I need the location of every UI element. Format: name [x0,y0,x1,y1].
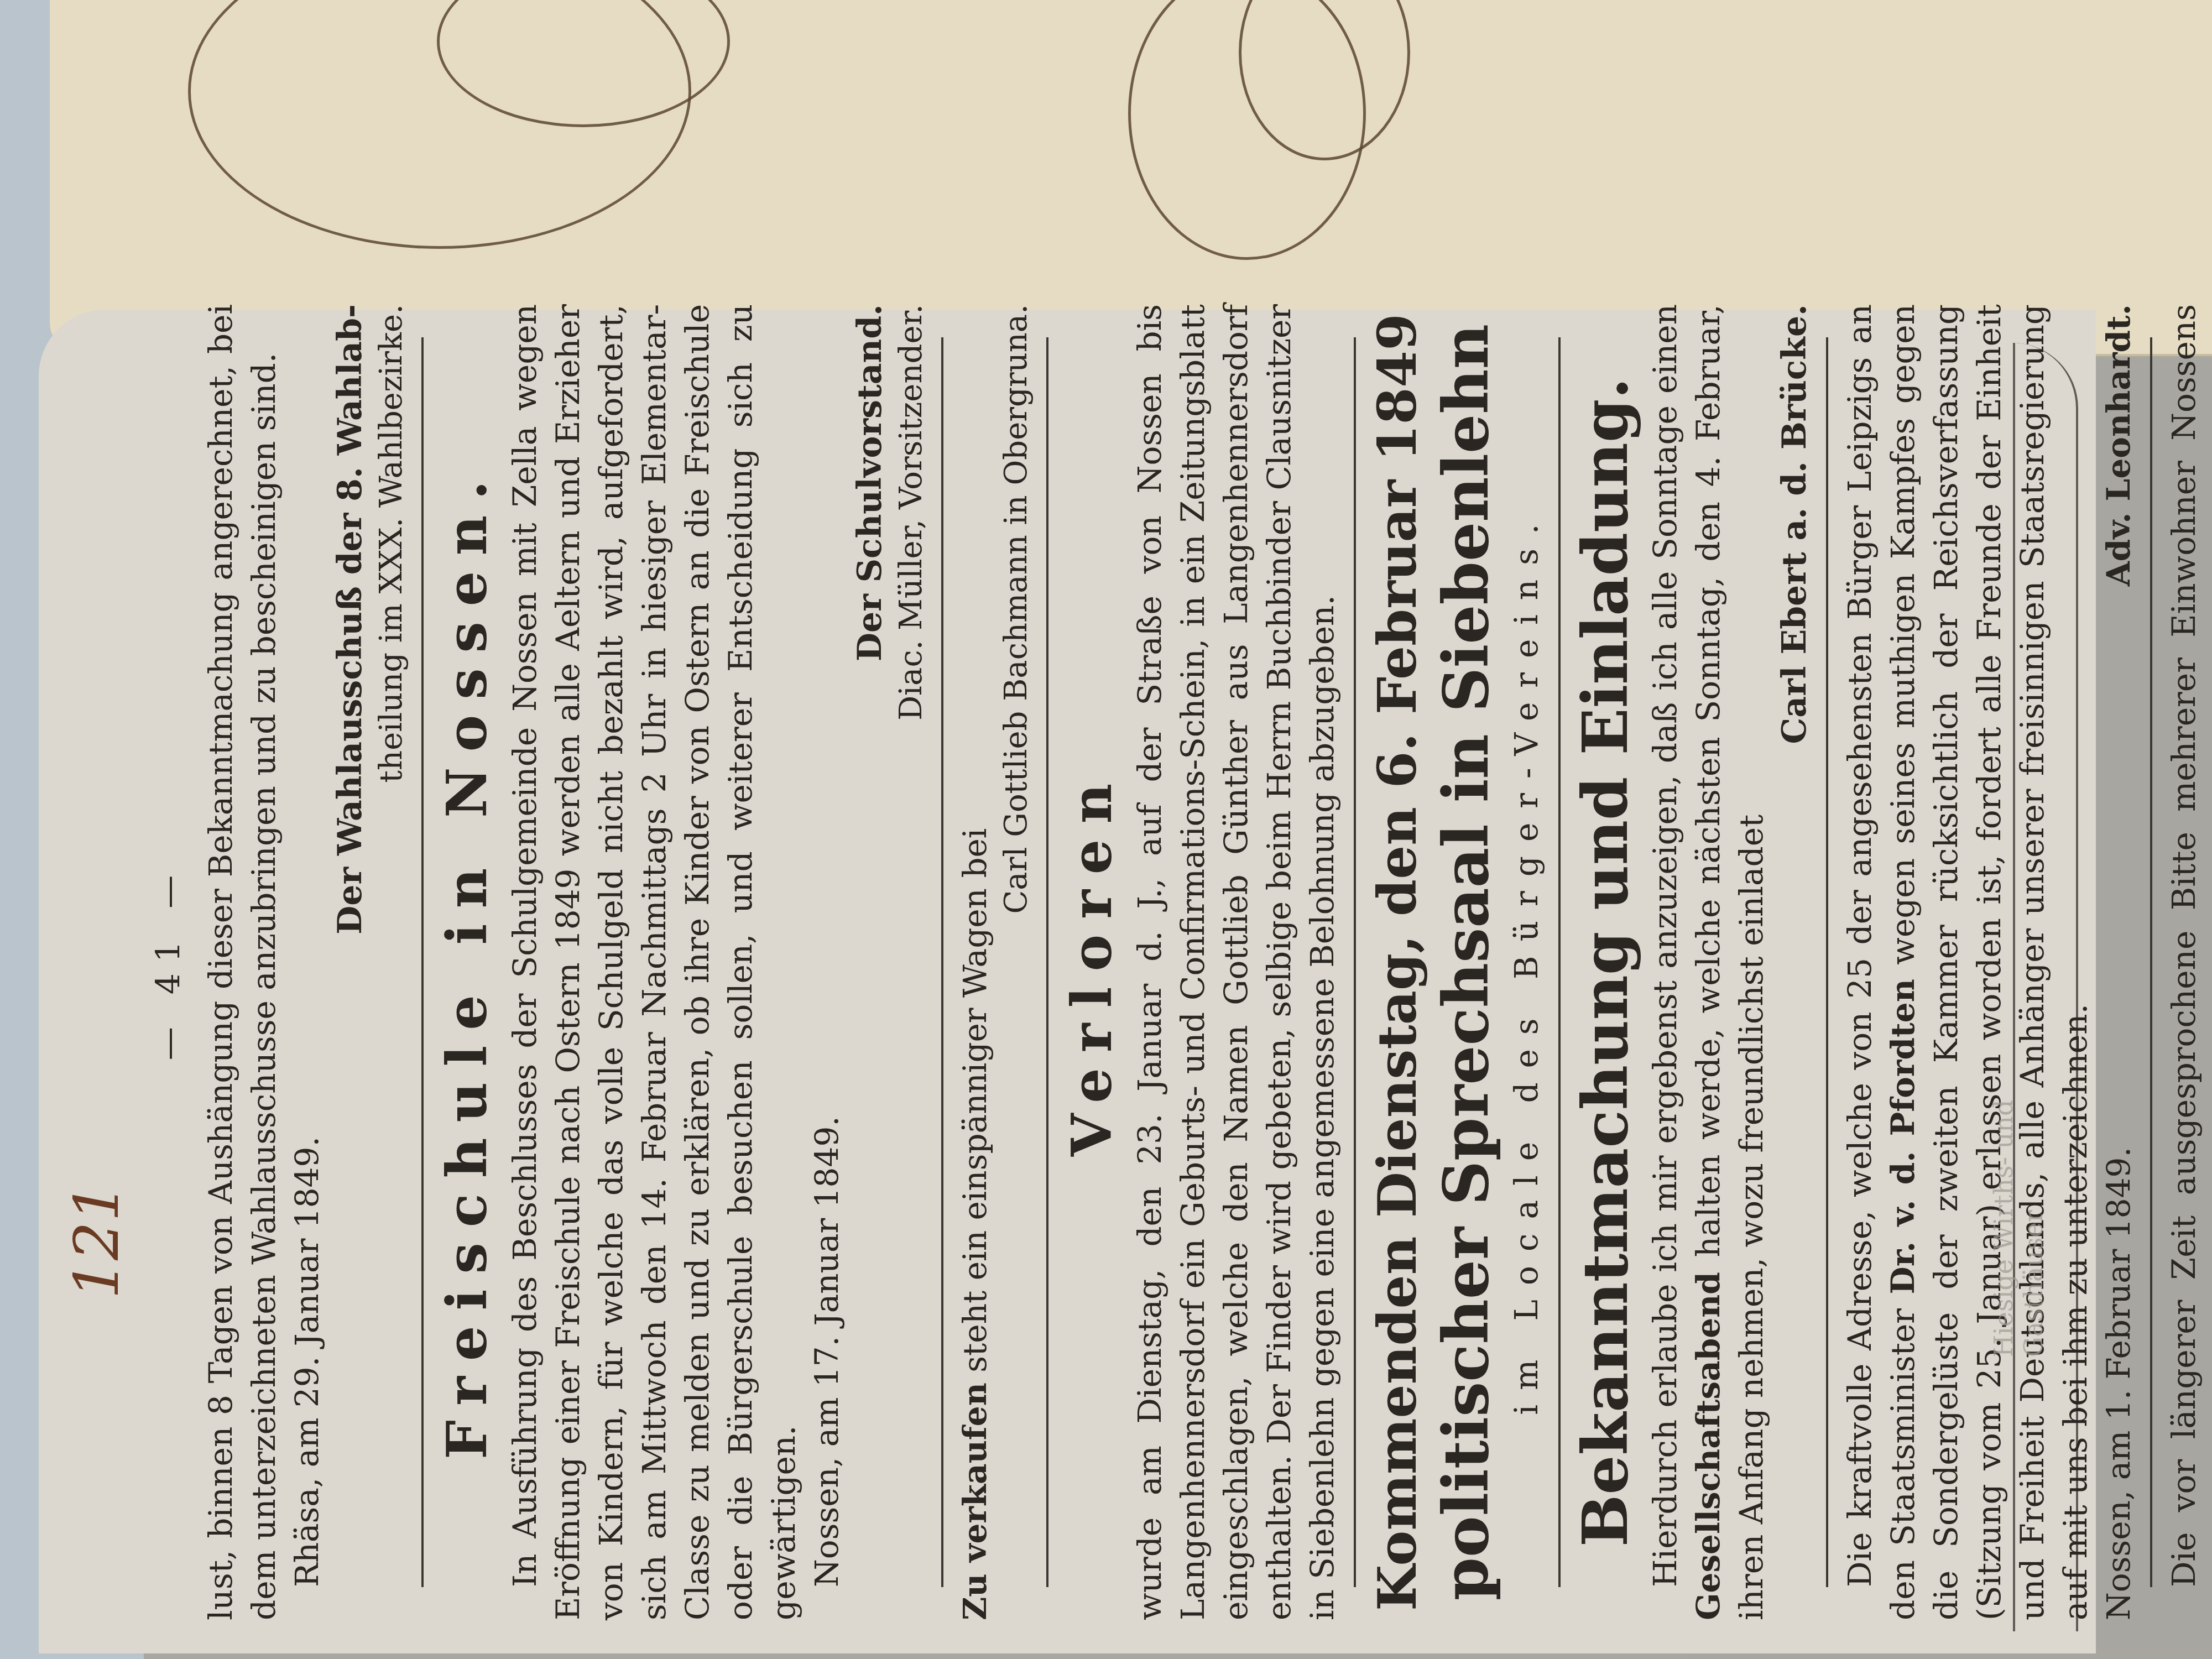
body-lead: Die vor längerer Zeit ausgesprochene Bit… [2165,304,2212,1620]
article-einladung: Bekanntmachung und Einladung. Hierdurch … [1571,304,1816,1620]
article-sprechsaal: Kommenden Dienstag, den 6. Februar 1849 … [1366,304,1548,1620]
headline-line2: politischer Sprechsaal in Siebenlehn [1431,304,1502,1620]
dateline: Nossen, am 17. Januar 1849. [805,304,848,1620]
divider [1558,337,1561,1587]
signature: Der Schulvorstand. [848,304,891,1620]
body-lead: Hierdurch erlaube ich mir ergebenst anzu… [1646,304,1684,1587]
article-verloren: Verloren wurde am Dienstag, den 23. Janu… [1058,304,1344,1620]
divider [941,337,943,1587]
divider [1046,337,1048,1587]
signature: Carl Ebert a. d. Brücke. [1773,304,1816,1620]
headline-line1: Kommenden Dienstag, den 6. Februar 1849 [1366,304,1429,1620]
signature-line2: theilung im XXX. Wahlbezirke. [372,304,411,1620]
subline: im Locale des Bürger-Vereins. [1504,304,1548,1620]
body-bold: Dr. v. d. Pfordten [1884,979,1922,1294]
headline: Bekanntmachung und Einladung. [1571,304,1641,1620]
article-zu-verkaufen: Zu verkaufen steht ein einspänniger Wage… [953,304,1036,1620]
divider [1826,337,1828,1587]
article-body: lust, binnen 8 Tagen von Aushängung dies… [199,304,285,1620]
divider [2150,337,2152,1587]
article-adresse: Die kraftvolle Adresse, welche von 25 de… [1838,304,2140,1620]
lead: Zu verkaufen [956,1383,994,1620]
show-through-text: Hiesige Wirths- und Gasthäuser [1989,970,2048,1357]
signature-line2: Diac. Müller, Vorsitzender. [891,304,931,1620]
signature: Der Wahlausschuß der 8. Wahlab- [328,304,372,1620]
dateline: Nossen, am 1. Februar 1849. [2097,1147,2140,1620]
article-body: steht ein einspänniger Wagen bei [956,828,994,1373]
headline: Freischule in Nossen. [434,304,500,1620]
headline: Verloren [1058,304,1125,1620]
page-number: — 41 — [149,304,188,1620]
divider [1354,337,1356,1587]
dateline: Rhäsa, am 29. Januar 1849. [285,304,328,1620]
handwritten-folio-number: 121 [61,1183,132,1299]
article-predigt: Die vor längerer Zeit ausgesprochene Bit… [2162,304,2212,1620]
newspaper-text-block: — 41 — lust, binnen 8 Tagen von Aushängu… [149,293,1687,1631]
divider [421,337,424,1587]
body-bold: Gesellschaftsabend [1689,1272,1727,1620]
article-body: In Ausführung des Beschlusses der Schulg… [503,304,805,1620]
article-body: wurde am Dienstag, den 23. Januar d. J.,… [1128,304,1344,1620]
article-freischule: Freischule in Nossen. In Ausführung des … [434,304,931,1620]
body-bold: M. [2208,1247,2212,1293]
signature: Adv. Leonhardt. [2097,304,2140,586]
name-line: Carl Gottlieb Bachmann in Obergruna. [997,304,1036,1620]
article-wahlausschuss: lust, binnen 8 Tagen von Aushängung dies… [199,304,411,1620]
